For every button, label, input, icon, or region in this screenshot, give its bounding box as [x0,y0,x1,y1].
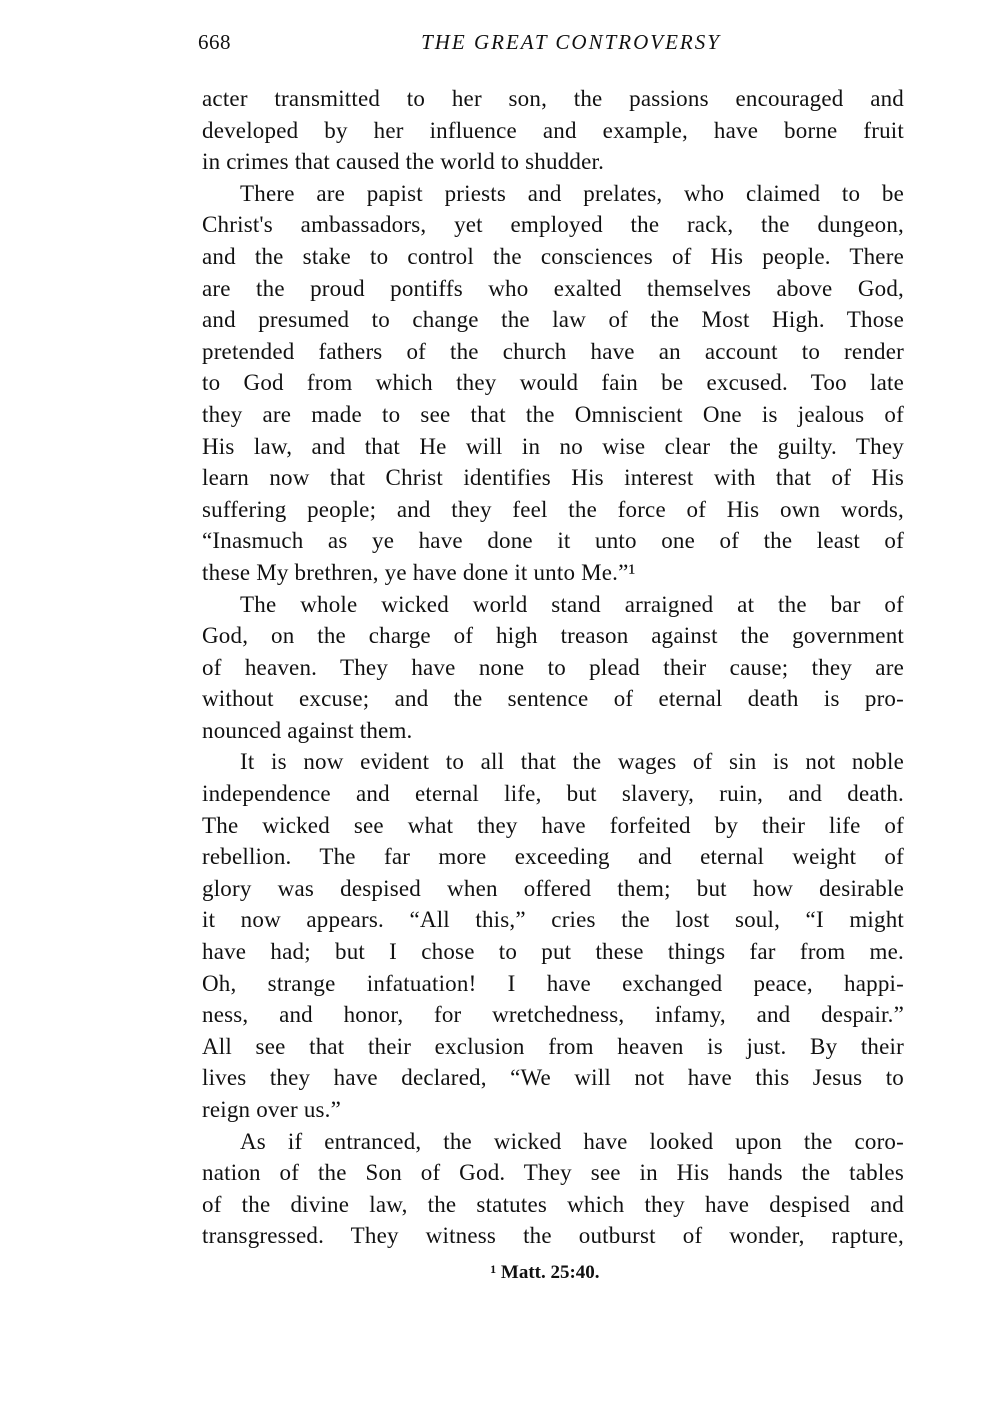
text-line: of the divine law, the statutes which th… [202,1189,904,1221]
text-line: to God from which they would fain be exc… [202,367,904,399]
text-line: these My brethren, ye have done it unto … [202,557,904,589]
text-line: glory was despised when offered them; bu… [202,873,904,905]
text-line: in crimes that caused the world to shudd… [202,146,904,178]
text-line: they are made to see that the Omniscient… [202,399,904,431]
text-line: As if entranced, the wicked have looked … [202,1126,904,1158]
text-line: The wicked see what they have forfeited … [202,810,904,842]
footnote: ¹ Matt. 25:40. [0,1262,1000,1284]
text-line: and presumed to change the law of the Mo… [202,304,904,336]
text-line: lives they have declared, “We will not h… [202,1062,904,1094]
text-line: developed by her influence and example, … [202,115,904,147]
text-line: rebellion. The far more exceeding and et… [202,841,904,873]
text-line: Christ's ambassadors, yet employed the r… [202,209,904,241]
text-line: of heaven. They have none to plead their… [202,652,904,684]
text-line: suffering people; and they feel the forc… [202,494,904,526]
text-line: Oh, strange infatuation! I have exchange… [202,968,904,1000]
text-line: learn now that Christ identifies His int… [202,462,904,494]
text-line: All see that their exclusion from heaven… [202,1031,904,1063]
text-line: without excuse; and the sentence of eter… [202,683,904,715]
text-line: and the stake to control the consciences… [202,241,904,273]
text-line: pretended fathers of the church have an … [202,336,904,368]
text-line: independence and eternal life, but slave… [202,778,904,810]
running-title: THE GREAT CONTROVERSY [198,30,904,55]
text-line: The whole wicked world stand arraigned a… [202,589,904,621]
text-line: reign over us.” [202,1094,904,1126]
text-line: It is now evident to all that the wages … [202,746,904,778]
text-line: There are papist priests and prelates, w… [202,178,904,210]
text-line: are the proud pontiffs who exalted thems… [202,273,904,305]
text-line: have had; but I chose to put these thing… [202,936,904,968]
text-line: “Inasmuch as ye have done it unto one of… [202,525,904,557]
text-line: His law, and that He will in no wise cle… [202,431,904,463]
text-line: ness, and honor, for wretchedness, infam… [202,999,904,1031]
text-line: it now appears. “All this,” cries the lo… [202,904,904,936]
text-line: nounced against them. [202,715,904,747]
page-header: 668 THE GREAT CONTROVERSY [198,30,904,60]
text-line: transgressed. They witness the outburst … [202,1220,904,1252]
text-line: nation of the Son of God. They see in Hi… [202,1157,904,1189]
text-line: acter transmitted to her son, the passio… [202,83,904,115]
page-body: acter transmitted to her son, the passio… [202,83,904,1252]
text-line: God, on the charge of high treason again… [202,620,904,652]
